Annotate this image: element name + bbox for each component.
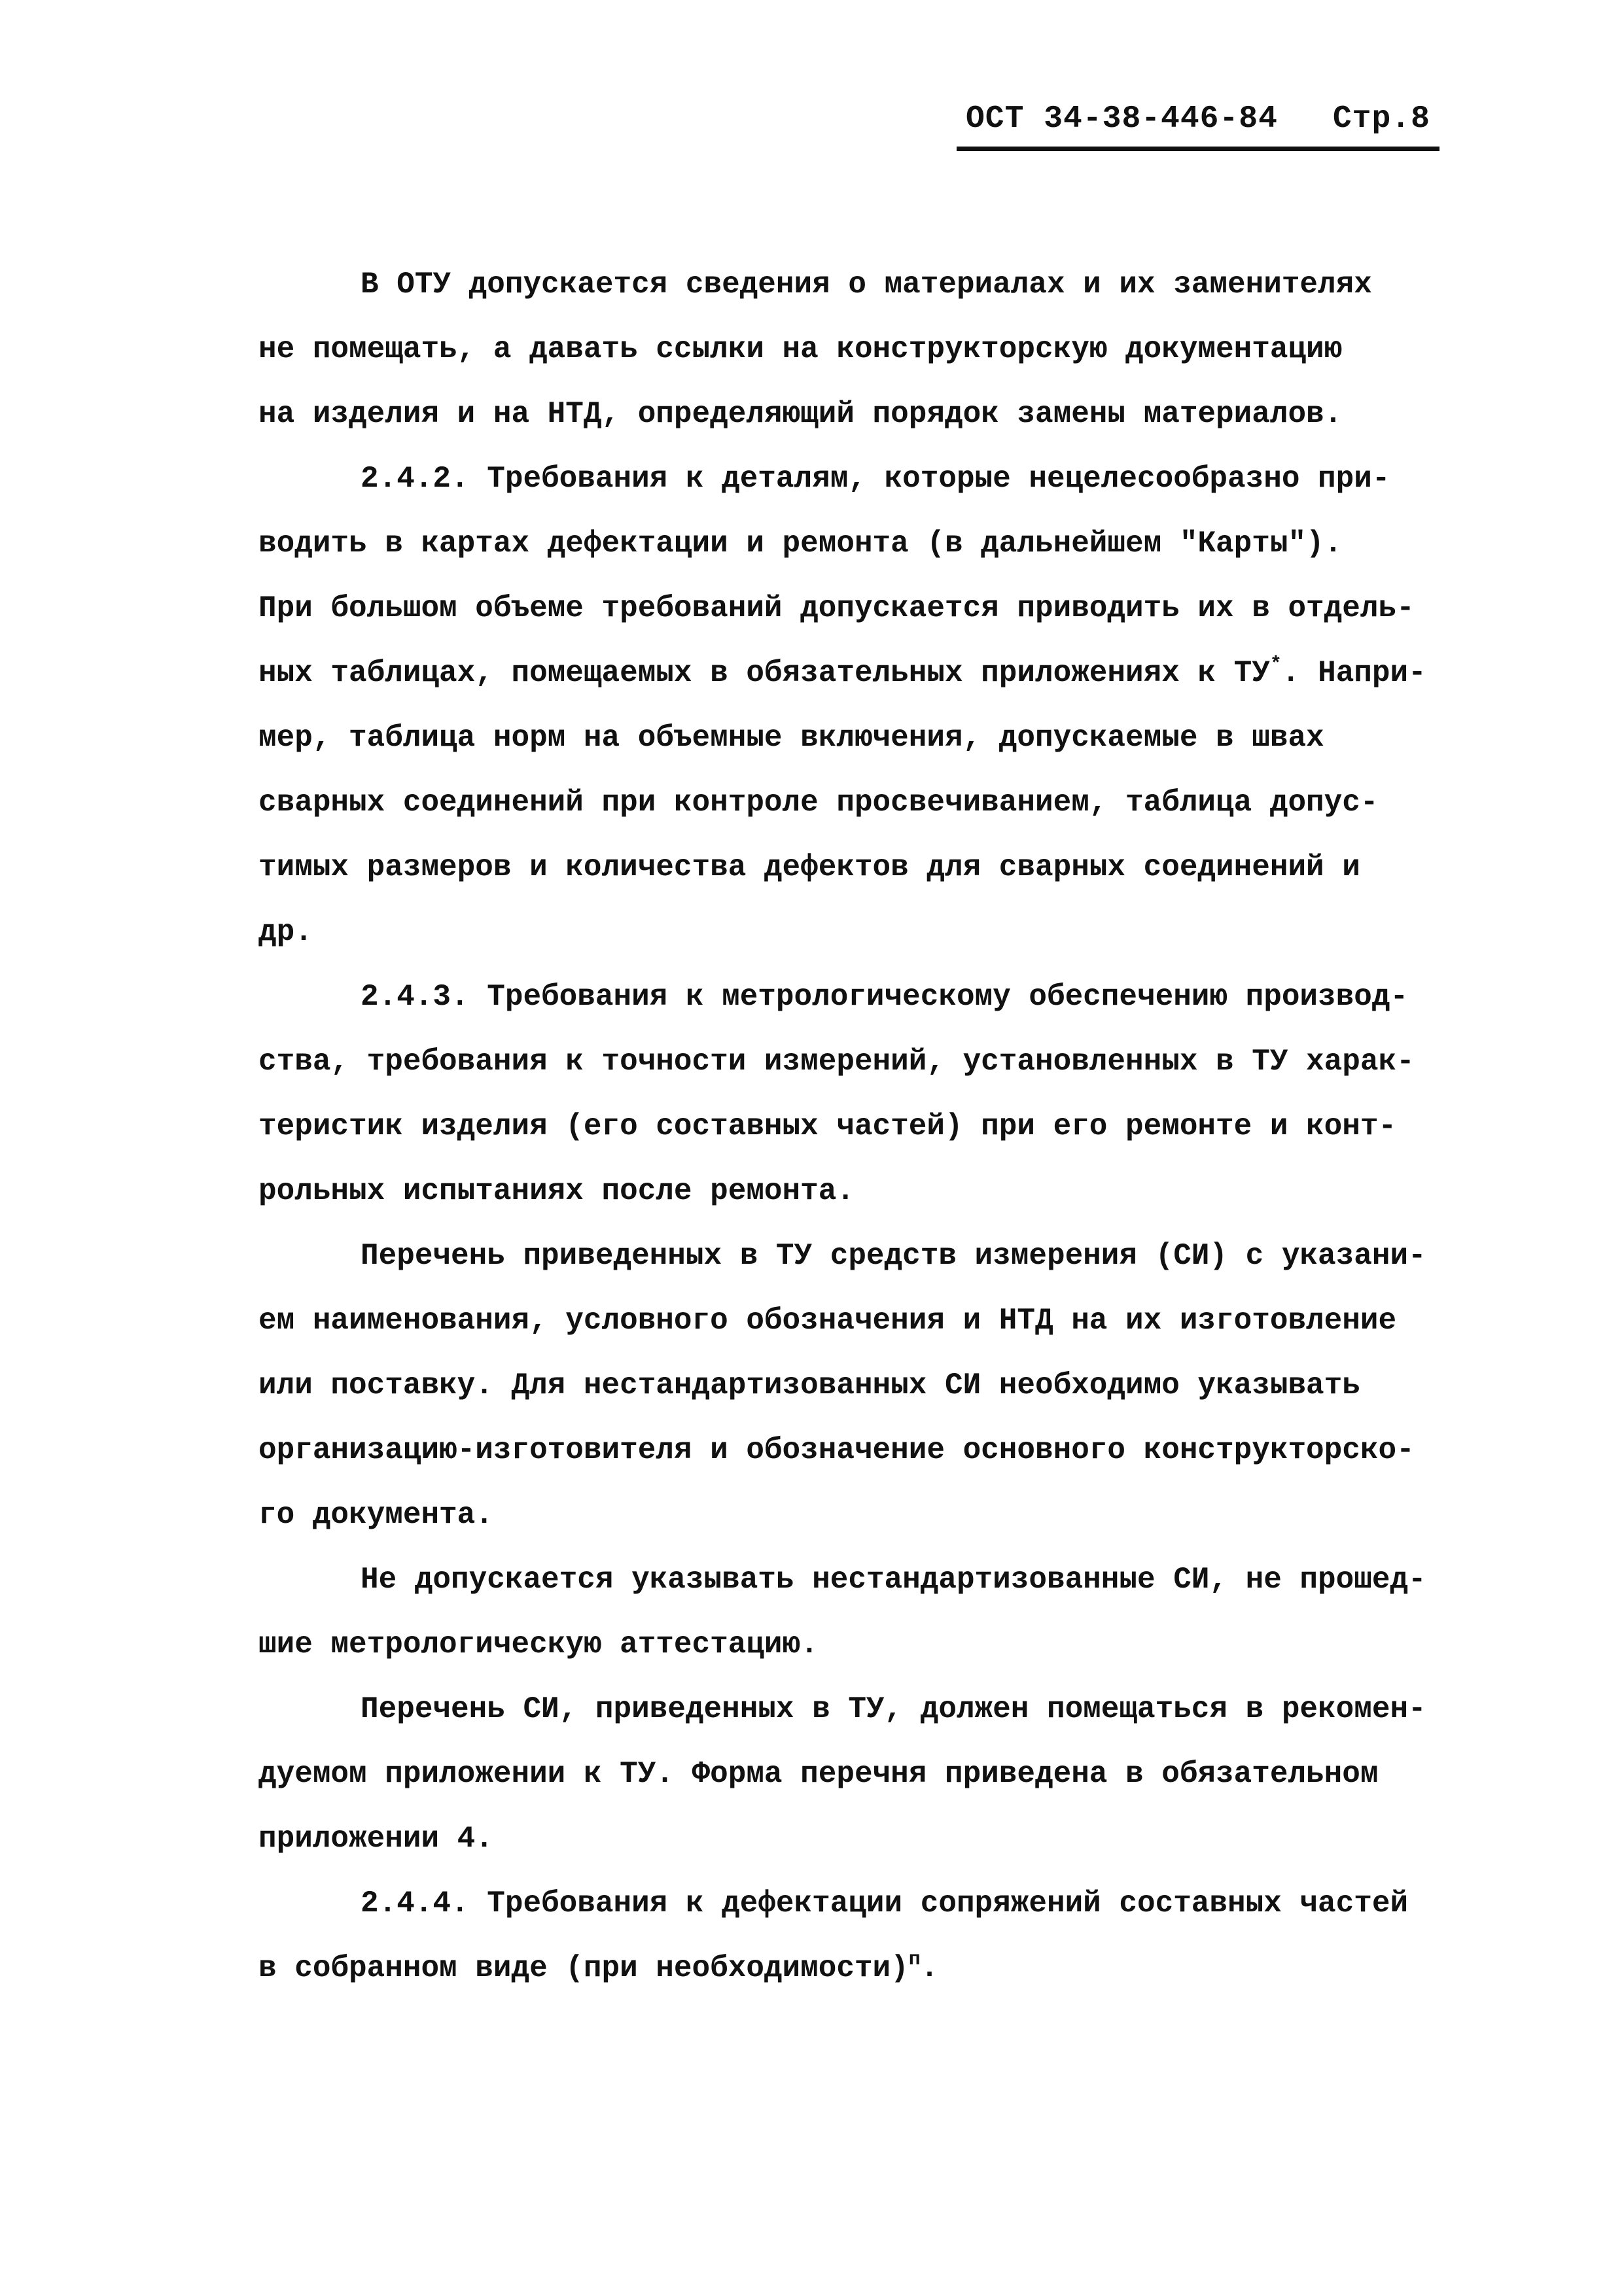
page-header: ОСТ 34-38-446-84Стр.8 xyxy=(957,99,1439,151)
text-line: рольных испытаниях после ремонта. xyxy=(258,1159,1449,1224)
text-line: ных таблицах, помещаемых в обязательных … xyxy=(258,641,1449,706)
text-line: на изделия и на НТД, определяющий порядо… xyxy=(258,382,1449,447)
text-line: ства, требования к точности измерений, у… xyxy=(258,1030,1449,1094)
text-line: приложении 4. xyxy=(258,1807,1449,1871)
text-line: тимых размеров и количества дефектов для… xyxy=(258,835,1449,900)
line-text: . Напри- xyxy=(1282,656,1426,690)
correction-mark: п xyxy=(909,1949,921,1971)
text-line: не помещать, а давать ссылки на конструк… xyxy=(258,317,1449,382)
text-line: Перечень приведенных в ТУ средств измере… xyxy=(258,1224,1449,1289)
footnote-mark: * xyxy=(1270,653,1282,676)
line-text: в собранном виде (при необходимости) xyxy=(258,1951,909,1985)
text-line: мер, таблица норм на объемные включения,… xyxy=(258,706,1449,771)
document-body: В ОТУ допускается сведения о материалах … xyxy=(258,252,1449,2001)
text-line: в собранном виде (при необходимости)п. xyxy=(258,1936,1449,2001)
text-line: ем наименования, условного обозначения и… xyxy=(258,1289,1449,1353)
text-line: Перечень СИ, приведенных в ТУ, должен по… xyxy=(258,1677,1449,1742)
text-line: шие метрологическую аттестацию. xyxy=(258,1612,1449,1677)
text-line: теристик изделия (его составных частей) … xyxy=(258,1094,1449,1159)
text-line: или поставку. Для нестандартизованных СИ… xyxy=(258,1353,1449,1418)
text-line: организацию-изготовителя и обозначение о… xyxy=(258,1418,1449,1483)
text-line: др. xyxy=(258,900,1449,965)
scanned-document-page: ОСТ 34-38-446-84Стр.8 В ОТУ допускается … xyxy=(0,0,1607,2296)
text-line: сварных соединений при контроле просвечи… xyxy=(258,771,1449,835)
text-line: го документа. xyxy=(258,1483,1449,1548)
text-line: 2.4.2. Требования к деталям, которые нец… xyxy=(258,447,1449,512)
text-line: В ОТУ допускается сведения о материалах … xyxy=(258,252,1449,317)
line-text: . xyxy=(921,1951,939,1985)
page-number-label: Стр.8 xyxy=(1333,101,1430,137)
line-text: ных таблицах, помещаемых в обязательных … xyxy=(258,656,1270,690)
text-line: Не допускается указывать нестандартизова… xyxy=(258,1548,1449,1612)
text-line: водить в картах дефектации и ремонта (в … xyxy=(258,512,1449,576)
text-line: 2.4.3. Требования к метрологическому обе… xyxy=(258,965,1449,1030)
standard-number: ОСТ 34-38-446-84 xyxy=(966,101,1278,137)
text-line: При большом объеме требований допускаетс… xyxy=(258,576,1449,641)
text-line: дуемом приложении к ТУ. Форма перечня пр… xyxy=(258,1742,1449,1807)
text-line: 2.4.4. Требования к дефектации сопряжени… xyxy=(258,1871,1449,1936)
